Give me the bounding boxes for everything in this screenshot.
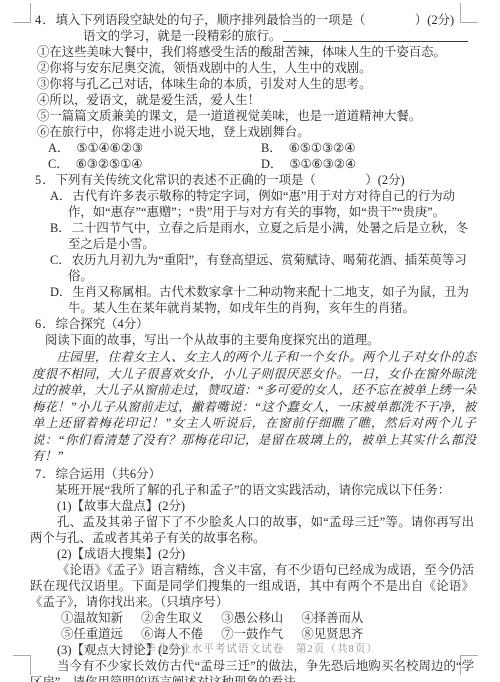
question-5: 5．下列有关传统文化常识的表述不正确的一项是（ ）(2分) A．古代有许多表示敬… [35, 172, 470, 316]
idiom-3: ③愚公移山 [221, 610, 283, 626]
q7-intro: 某班开展“我所了解的孔子和孟子”的语文实践活动，请你完成以下任务： [35, 482, 470, 498]
q7-part1-heading: (1)【故事大盘点】(2分) [57, 498, 470, 514]
q4-stem-text: 填入下列语段空缺处的句子，顺序排列最恰当的一项是（ ）(2分) [56, 13, 455, 27]
q4-option-a: A．⑤①④⑥②③ [48, 140, 261, 156]
idiom-8: ⑧见贤思齐 [301, 626, 363, 642]
question-6: 6．综合探究（4分） 阅读下面的故事，写出一个从故事的主要角度探究出的道理。 庄… [35, 316, 470, 465]
idiom-4: ④择善而从 [301, 610, 363, 626]
q4-option-b-label: B． [261, 141, 282, 155]
q7-part1-text: 孔、孟及其弟子留下了不少脍炙人口的故事，如“孟母三迁”等。请你再写出两个与孔、孟… [30, 514, 474, 546]
q5-stem: 5．下列有关传统文化常识的表述不正确的一项是（ ）(2分) [35, 172, 470, 188]
q4-option-a-label: A． [48, 141, 69, 155]
q6-number: 6． [35, 317, 56, 331]
q5-number: 5． [35, 173, 56, 187]
q5-option-a-label: A． [50, 189, 71, 203]
q7-part2-heading: (2)【成语大搜集】(2分) [57, 546, 470, 562]
exam-page-content: 4．填入下列语段空缺处的句子，顺序排列最恰当的一项是（ ）(2分) 语文的学习，… [0, 0, 500, 682]
q5-option-a-text: 古代有许多表示敬称的特定字词，例如“惠”用于对方对待自己的行为动作，如“惠存”“… [68, 189, 455, 219]
q4-answer-blank [283, 29, 468, 42]
idiom-1: ①温故知新 [61, 610, 123, 626]
q7-part3-text: 当今有不少家长效仿古代“孟母三迁”的做法，争先恐后地购买名校周边的“学区房”，请… [30, 658, 474, 682]
q4-option-b-text: ⑥⑤①③②④ [289, 141, 356, 155]
q5-option-d-text: 生肖又称属相。古代术数家拿十二种动物来配十二地支，如子为鼠，丑为牛。某人生在某年… [68, 285, 469, 315]
q4-lead-line: 语文的学习，就是一段精彩的旅行。 [35, 28, 470, 44]
q6-title: 6．综合探究（4分） [35, 316, 470, 332]
q5-option-d: D．生肖又称属相。古代术数家拿十二种动物来配十二地支，如子为鼠，丑为牛。某人生在… [35, 284, 470, 316]
question-4: 4．填入下列语段空缺处的句子，顺序排列最恰当的一项是（ ）(2分) 语文的学习，… [35, 12, 470, 172]
q4-sentence-2: ②你将与安东尼奥交流，领悟戏剧中的人生，人生中的戏剧。 [37, 60, 470, 76]
q4-number: 4． [35, 13, 56, 27]
q4-sentence-6: ⑥在旅行中，你将走进小说天地，登上戏剧舞台。 [37, 124, 470, 140]
q5-stem-text: 下列有关传统文化常识的表述不正确的一项是（ ）(2分) [56, 173, 405, 187]
q6-title-text: 综合探究（4分） [56, 317, 149, 331]
q4-sentence-4: ④所以，爱语文，就是爱生活，爱人生！ [37, 92, 470, 108]
q6-instruction: 阅读下面的故事，写出一个从故事的主要角度探究出的道理。 [45, 332, 470, 348]
idiom-6: ⑥诲人不倦 [141, 626, 203, 642]
q5-option-b: B．二十四节气中，立春之后是雨水，立夏之后是小满，处暑之后是立秋，冬至之后是小雪… [35, 220, 470, 252]
q5-option-d-label: D． [50, 285, 71, 299]
q7-idiom-row-2: ⑤任重道远 ⑥诲人不倦 ⑦一鼓作气 ⑧见贤思齐 [35, 626, 470, 642]
q4-sentence-1: ①在这些美味大餐中，我们将感受生活的酸甜苦辣，体味人生的千姿百态。 [37, 44, 470, 60]
idiom-2: ②舍生取义 [141, 610, 203, 626]
q5-option-c: C．农历九月初九为“重阳”，有登高望远、赏菊赋诗、喝菊花酒、插茱萸等习俗。 [35, 252, 470, 284]
q6-story: 庄园里，住着女主人、女主人的两个儿子和一个女仆。两个儿子对女仆的态度很不相同，大… [32, 349, 476, 465]
q4-stem: 4．填入下列语段空缺处的句子，顺序排列最恰当的一项是（ ）(2分) [35, 12, 470, 28]
q7-idiom-row-1: ①温故知新 ②舍生取义 ③愚公移山 ④择善而从 [35, 610, 470, 626]
q7-title: 7．综合运用（共6分） [35, 466, 470, 482]
q4-option-a-text: ⑤①④⑥②③ [76, 141, 143, 155]
q4-lead-text: 语文的学习，就是一段精彩的旅行。 [83, 28, 281, 44]
q4-option-d-label: D． [261, 157, 282, 171]
q7-number: 7． [35, 467, 56, 481]
q5-option-a: A．古代有许多表示敬称的特定字词，例如“惠”用于对方对待自己的行为动作，如“惠存… [35, 188, 470, 220]
idiom-5: ⑤任重道远 [61, 626, 123, 642]
idiom-7: ⑦一鼓作气 [221, 626, 283, 642]
q4-option-d-text: ⑤①⑥③②④ [289, 157, 356, 171]
q5-option-b-text: 二十四节气中，立春之后是雨水，立夏之后是小满，处暑之后是立秋，冬至之后是小雪。 [68, 221, 468, 251]
q4-option-c-text: ⑥③②⑤①④ [76, 157, 143, 171]
q4-option-c: C．⑥③②⑤①④ [48, 156, 261, 172]
q5-option-b-label: B． [50, 221, 71, 235]
q4-sentence-3: ③你将与孔乙己对话，体味生命的本质，引发对人生的思考。 [37, 76, 470, 92]
q4-option-c-label: C． [48, 157, 69, 171]
q4-sentence-5: ⑤一篇篇文质兼美的课文，是一道道视觉美味，也是一道道精神大餐。 [37, 108, 470, 124]
q4-options: A．⑤①④⑥②③ B．⑥⑤①③②④ C．⑥③②⑤①④ D．⑤①⑥③②④ [35, 140, 470, 172]
q5-option-c-text: 农历九月初九为“重阳”，有登高望远、赏菊赋诗、喝菊花酒、插茱萸等习俗。 [68, 253, 467, 283]
q4-option-b: B．⑥⑤①③②④ [261, 140, 470, 156]
q7-part2-text: 《论语》《孟子》语言精练，含义丰富，有不少语句已经成为成语，至今仍活跃在现代汉语… [30, 562, 474, 610]
page-footer: 初中毕业学业水平考试语文试卷 第2页（共8页） [0, 641, 500, 656]
q7-title-text: 综合运用（共6分） [56, 467, 161, 481]
q5-option-c-label: C． [50, 253, 71, 267]
q4-option-d: D．⑤①⑥③②④ [261, 156, 470, 172]
